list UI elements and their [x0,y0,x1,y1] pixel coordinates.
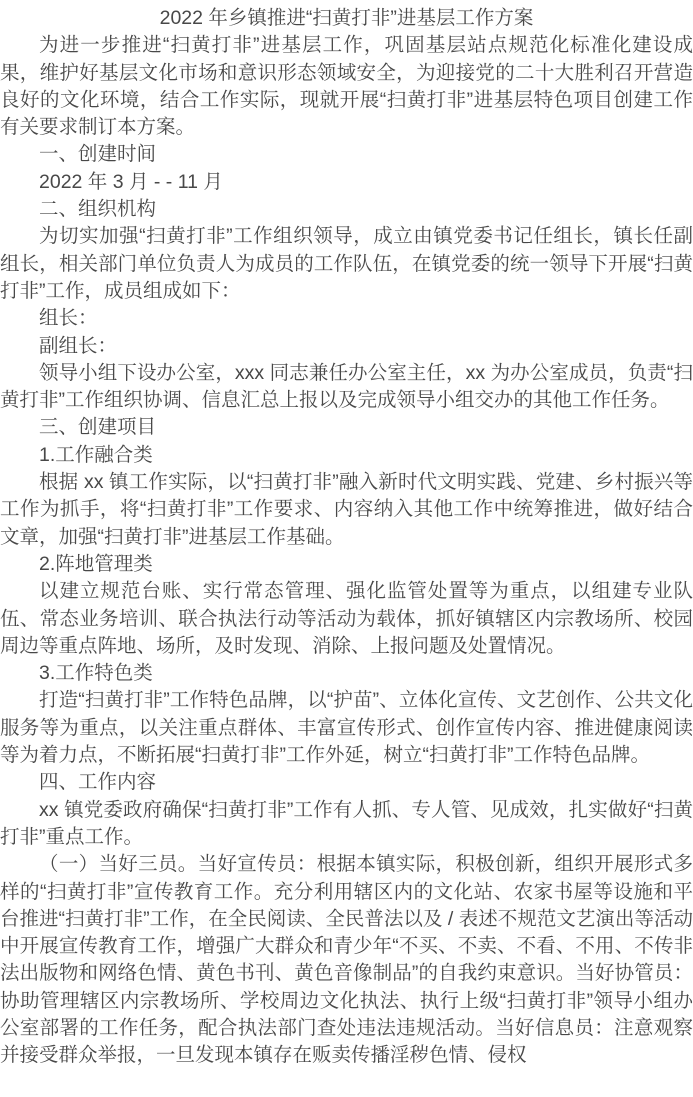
label-deputy-leader: 副组长： [0,333,693,360]
heading-section-3-projects: 三、创建项目 [0,414,693,441]
paragraph-item-2: 以建立规范台账、实行常态管理、强化监管处置等为重点，以组建专业队伍、常态业务培训… [0,578,693,660]
heading-item-2-position: 2.阵地管理类 [0,551,693,578]
heading-section-1-time: 一、创建时间 [0,141,693,168]
paragraph-intro: 为进一步推进“扫黄打非”进基层工作，巩固基层站点规范化标准化建设成果，维护好基层… [0,32,693,141]
paragraph-item-1: 根据 xx 镇工作实际，以“扫黄打非”融入新时代文明实践、党建、乡村振兴等工作为… [0,469,693,551]
date-range: 2022 年 3 月 - - 11 月 [0,169,693,196]
heading-section-4-content: 四、工作内容 [0,769,693,796]
paragraph-content-intro: xx 镇党委政府确保“扫黄打非”工作有人抓、专人管、见成效，扎实做好“扫黄打非”… [0,797,693,852]
document-page: 2022 年乡镇推进“扫黄打非”进基层工作方案 为进一步推进“扫黄打非”进基层工… [0,0,693,1097]
label-leader: 组长： [0,305,693,332]
document-title: 2022 年乡镇推进“扫黄打非”进基层工作方案 [0,5,693,32]
heading-item-1-integration: 1.工作融合类 [0,442,693,469]
heading-item-3-feature: 3.工作特色类 [0,660,693,687]
heading-section-2-org: 二、组织机构 [0,196,693,223]
paragraph-item-3: 打造“扫黄打非”工作特色品牌，以“护苗”、立体化宣传、文艺创作、公共文化服务等为… [0,687,693,769]
paragraph-office: 领导小组下设办公室，xxx 同志兼任办公室主任，xx 为办公室成员，负责“扫黄打… [0,360,693,415]
paragraph-org-setup: 为切实加强“扫黄打非”工作组织领导，成立由镇党委书记任组长，镇长任副组长，相关部… [0,223,693,305]
paragraph-three-roles: （一）当好三员。当好宣传员：根据本镇实际，积极创新，组织开展形式多样的“扫黄打非… [0,851,693,1069]
